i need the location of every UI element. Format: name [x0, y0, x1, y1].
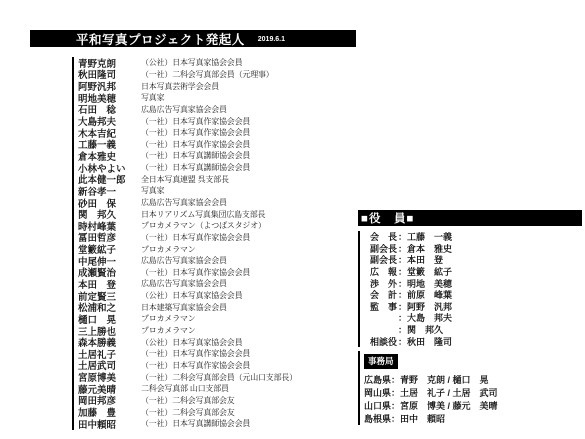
founder-affiliation: （一社）日本写真講師協会会員: [141, 418, 250, 429]
secretariat-list: 広島県：青野 克朗 / 樋口 晃 岡山県：土居 礼子 / 土居 武司 山口県：宮…: [364, 373, 498, 425]
secretariat-row: 岡山県：土居 礼子 / 土居 武司: [364, 386, 498, 399]
founder-affiliation: 広島広告写真家協会会員: [141, 278, 227, 289]
officers-list: 会 長：工藤 一義 副会長：倉本 雅史 副会長：本田 登 広 報：堂籔 絋子 渉…: [358, 231, 452, 347]
officer-role: 監 事: [370, 300, 398, 313]
secretariat-names: 青野 克朗 / 樋口 晃: [400, 373, 489, 386]
founder-affiliation: （一社）日本写真講師協会会員: [141, 150, 250, 161]
founder-affiliation: （一社）日本写真作家協会会員: [141, 360, 250, 371]
secretariat-region: 広島県: [364, 373, 391, 386]
officer-row: 渉 外：明地 美穂: [370, 277, 452, 289]
officers-header-title: ■役 員■: [361, 210, 414, 226]
officers-header-bar: ■役 員■: [358, 210, 582, 226]
secretariat-region: 島根県: [364, 412, 391, 425]
colon-separator: ：: [398, 335, 407, 348]
secretariat-region: 岡山県: [364, 386, 391, 399]
founder-affiliation: （一社）日本写真作家協会会員: [141, 267, 250, 278]
officer-row: 会 計：前原 峰葉: [370, 289, 452, 301]
founders-list: 青野克朗 （公社）日本写真家協会会員 秋田隆司 （一社）二科会写真部会員（元理事…: [72, 57, 297, 430]
officer-name: 秋田 隆司: [407, 335, 452, 348]
founder-affiliation: （一社）日本写真講師協会会員: [141, 162, 250, 173]
secretariat-region: 山口県: [364, 399, 391, 412]
founder-affiliation: （公社）日本写真家協会会員: [141, 290, 242, 301]
secretariat-row: 島根県：田中 頼昭: [364, 412, 498, 425]
founder-affiliation: 二科会写真部 山口支部員: [141, 383, 229, 394]
secretariat-row: 山口県：宮原 博美 / 藤元 美晴: [364, 399, 498, 412]
officer-role: 相談役: [370, 335, 398, 348]
officer-row: 副会長：倉本 雅史: [370, 243, 452, 255]
founder-row: 田中頼昭 （一社）日本写真講師協会会員: [78, 418, 297, 430]
officer-row: ：大島 邦夫: [370, 312, 452, 324]
founder-affiliation: 日本建築写真家協会会員: [141, 302, 227, 313]
founder-affiliation: プロカメラマン（よつばスタジオ）: [141, 220, 266, 231]
founder-affiliation: （一社）日本写真作家協会会員: [141, 127, 250, 138]
founder-affiliation: （一社）日本写真作家協会会員: [141, 139, 250, 150]
founder-affiliation: 広島広告写真家協会会員: [141, 255, 227, 266]
founder-affiliation: 広島広告写真家協会会員: [141, 104, 227, 115]
colon-separator: ：: [391, 399, 400, 412]
founder-name: 田中頼昭: [78, 417, 141, 431]
founder-affiliation: 写真家: [141, 92, 164, 103]
founder-affiliation: （公社）日本写真家協会会員: [141, 57, 242, 68]
founder-affiliation: 日本リアリズム写真集団広島支部長: [141, 209, 265, 220]
founder-affiliation: 写真家: [141, 185, 164, 196]
founder-affiliation: プロカメラマン: [141, 244, 196, 255]
officer-row: 広 報：堂籔 絋子: [370, 266, 452, 278]
officer-row: 副会長：本田 登: [370, 254, 452, 266]
colon-separator: ：: [391, 373, 400, 386]
officer-row: 相談役：秋田 隆司: [370, 335, 452, 347]
founder-affiliation: （一社）二科会写真部会員（元理事）: [141, 69, 274, 80]
secretariat-section: 事務局 広島県：青野 克朗 / 樋口 晃 岡山県：土居 礼子 / 土居 武司 山…: [358, 351, 498, 425]
founder-affiliation: （一社）日本写真作家協会会員: [141, 116, 250, 127]
founder-affiliation: （一社）日本写真作家協会会員: [141, 232, 250, 243]
secretariat-names: 田中 頼昭: [400, 412, 445, 425]
founder-affiliation: （一社）二科会写真部会員（元山口支部長）: [141, 372, 297, 383]
founder-affiliation: プロカメラマン: [141, 325, 196, 336]
secretariat-row: 広島県：青野 克朗 / 樋口 晃: [364, 373, 498, 386]
title-bar: 平和写真プロジェクト発起人 2019.6.1: [30, 30, 356, 47]
founder-affiliation: （公社）日本写真家協会会員: [141, 337, 242, 348]
officer-row: 監 事：阿野 汎邦: [370, 301, 452, 313]
founder-affiliation: （一社）日本写真作家協会会員: [141, 348, 250, 359]
founder-affiliation: 日本写真芸術学会会員: [141, 81, 219, 92]
secretariat-header: 事務局: [364, 354, 398, 369]
officer-row: ：関 邦久: [370, 324, 452, 336]
founder-affiliation: （一社）二科会写真部会友: [141, 395, 235, 406]
officer-row: 会 長：工藤 一義: [370, 231, 452, 243]
document-page: 平和写真プロジェクト発起人 2019.6.1 青野克朗 （公社）日本写真家協会会…: [0, 0, 585, 439]
page-title: 平和写真プロジェクト発起人: [76, 30, 245, 48]
colon-separator: ：: [391, 412, 400, 425]
founder-affiliation: 広島広告写真家協会会員: [141, 197, 227, 208]
founder-affiliation: 全日本写真連盟 呉支部長: [141, 174, 229, 185]
page-date: 2019.6.1: [258, 36, 285, 43]
founder-affiliation: プロカメラマン: [141, 313, 196, 324]
colon-separator: ：: [391, 386, 400, 399]
secretariat-names: 土居 礼子 / 土居 武司: [400, 386, 498, 399]
secretariat-names: 宮原 博美 / 藤元 美晴: [400, 399, 498, 412]
founder-affiliation: （一社）二科会写真部会友: [141, 407, 235, 418]
